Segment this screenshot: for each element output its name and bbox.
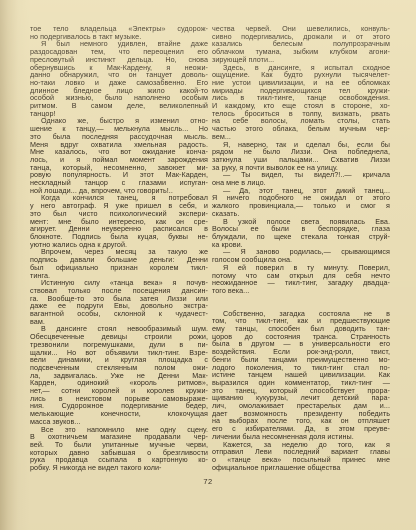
text-line: робку. Я никогда не видел такого коли- [30, 464, 208, 472]
text-line: вагантной особы, склонной к чудачест- [30, 310, 208, 318]
paragraph: Впрочем, через месяц за такую жеподпись … [30, 248, 208, 279]
book-page: тое тело владельца «Электры» судорож-но … [0, 0, 416, 530]
page-number: 72 [0, 477, 416, 486]
paragraph: Я был немного удивлен, втайне дажераздос… [30, 40, 208, 117]
paragraph: — Ты видел, ты видел?!..— кричалаона мне… [212, 171, 390, 186]
paragraph: — Я заново родилась,— срывающимсяголосом… [212, 248, 390, 263]
paragraph: В узкой полосе света появилась Ева.Волос… [212, 218, 390, 249]
text-line: ритмом. В самом деле, великолепный [30, 102, 208, 110]
paragraph: Все это напомнило мне одну сцену.В охотн… [30, 426, 208, 472]
paragraph: Здесь, в дансинге, я испытал сходноеощущ… [212, 64, 390, 141]
text-column-right: чества червей. Они шевелились, конвуль-с… [212, 25, 390, 471]
paragraph: — Да, этот танец, этот дикий танец...Я н… [212, 187, 390, 218]
text-line: был официально признан королем тикл- [30, 264, 208, 272]
paragraph: Когда кончился танец, я потребовалу него… [30, 194, 208, 248]
paragraph: Я ей поверил в ту минуту. Поверил,потому… [212, 264, 390, 295]
paragraph: В дансинге стоял невообразимый шум.Обесц… [30, 325, 208, 425]
paragraph: тое тело владельца «Электры» судорож-но … [30, 25, 208, 40]
paragraph: Собственно, загадка состояла не втом, чт… [212, 310, 390, 441]
paragraph: Истинную силу «танца века» я почув-ствов… [30, 279, 208, 325]
paragraph: Я, наверно, так и сделал бы, если бырядо… [212, 141, 390, 172]
paragraph: Кажется, за неделю до того, как яотправи… [212, 441, 390, 472]
text-line: того века... [212, 287, 390, 295]
text-column-left: тое тело владельца «Электры» судорож-но … [30, 25, 208, 472]
paragraph: Однако же, быстро я изменил отно-шение к… [30, 117, 208, 194]
text-line: частью этого облака, белым мучным чер- [212, 125, 390, 133]
text-line: официальное приглашение общества [212, 464, 390, 472]
paragraph: чества червей. Они шевелились, конвуль-с… [212, 25, 390, 64]
